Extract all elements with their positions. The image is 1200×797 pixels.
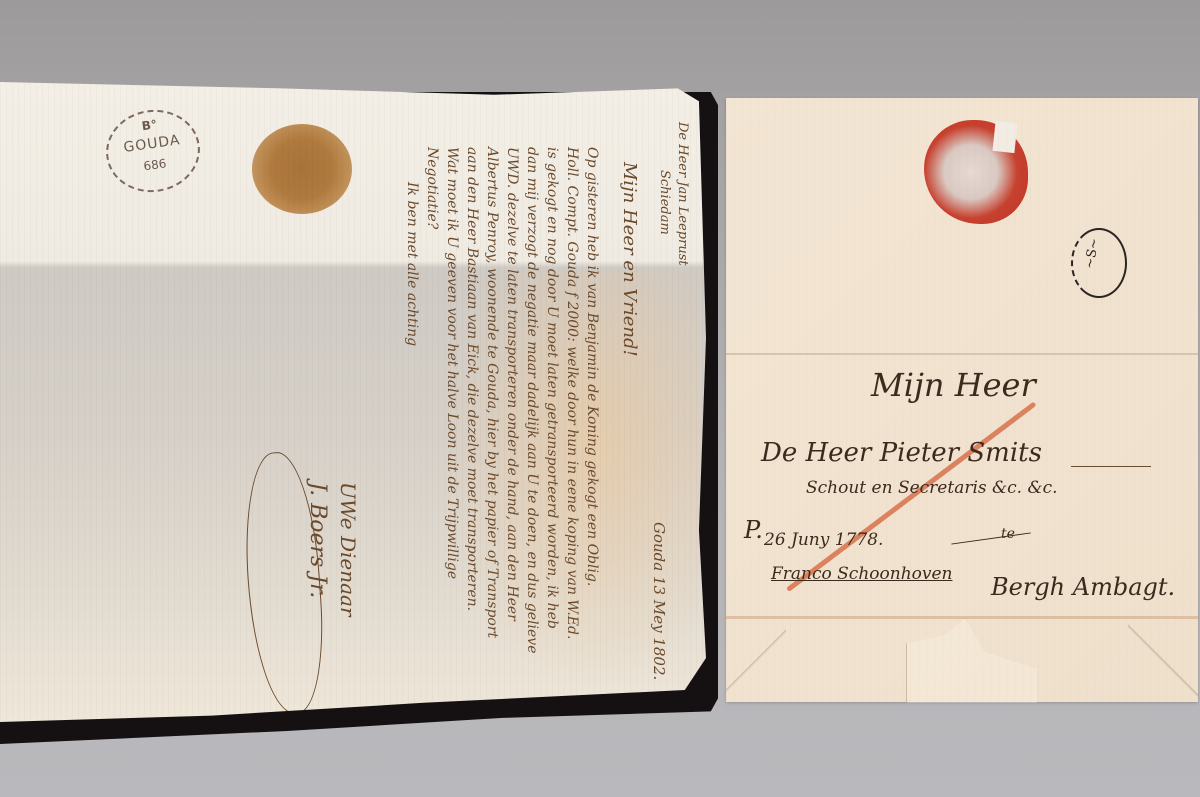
letter-date: Gouda 13 Mey 1802. — [650, 522, 668, 680]
body-line: UWD. dezelve te laten transporteren onde… — [504, 147, 520, 621]
body-line: Ik ben met alle achting — [404, 182, 420, 346]
postmark-line-3: 686 — [109, 152, 200, 178]
circular-postmark: ~S~ — [1071, 228, 1127, 298]
right-letter: ~S~ Mijn Heer De Heer Pieter Smits Schou… — [726, 98, 1198, 702]
body-line: Albertus Penroy, woonende te Gouda, hier… — [484, 147, 500, 638]
addressee: De Heer Pieter Smits — [761, 438, 1042, 468]
addressee-title: Schout en Secretaris &c. &c. — [806, 478, 1058, 498]
envelope-flap — [726, 618, 786, 702]
address-rule — [1071, 466, 1151, 467]
body-line: is gekogt en nog door U moet laten getra… — [544, 147, 560, 629]
signature-flourish — [239, 450, 329, 716]
left-letter: B° GOUDA 686 De Heer Jan Leeprust Schied… — [0, 82, 712, 737]
wax-seal-red — [924, 120, 1028, 224]
te-word: te — [1001, 526, 1015, 542]
postage-mark: P. — [744, 516, 763, 544]
paper-tear — [906, 618, 1037, 703]
body-line: Holl. Compt. Gouda f 2000: welke door hu… — [564, 147, 580, 639]
body-line: aan den Heer Bastiaan van Eick, die deze… — [464, 147, 480, 611]
body-line: Wat moet ik U geeven voor het halve Loon… — [444, 147, 460, 579]
destination: Bergh Ambagt. — [991, 573, 1175, 601]
seal-paper-fragment — [992, 121, 1017, 153]
postmark-line-1: B° — [104, 112, 195, 138]
letter-date: 26 Juny 1778. — [764, 530, 883, 550]
salutation: Mijn Heer — [871, 366, 1036, 404]
fold-line — [726, 353, 1198, 355]
signature: J. Boers Jr. — [305, 482, 330, 598]
wax-seal-brown — [252, 124, 352, 214]
body-line: dan mij verzogt de negatie maar dadelijk… — [524, 147, 540, 654]
gouda-postmark: B° GOUDA 686 — [101, 104, 205, 198]
franking-note: Franco Schoonhoven — [771, 564, 953, 584]
fold-line — [726, 616, 1198, 619]
postmark-line-2: GOUDA — [106, 130, 197, 158]
address-line-1: De Heer Jan Leeprust — [675, 122, 690, 266]
address-rule — [951, 532, 1030, 544]
postmark-glyph: ~S~ — [1082, 237, 1102, 270]
closing: UWe Dienaar — [336, 482, 360, 617]
body-line: Op gisteren heb ik van Benjamin de Konin… — [584, 147, 600, 586]
salutation: Mijn Heer en Vriend! — [619, 162, 640, 357]
address-line-2: Schiedam — [657, 170, 672, 235]
body-line: Negotiatie? — [424, 147, 440, 229]
light-reflection — [440, 272, 700, 692]
red-crayon-stroke — [786, 401, 1037, 592]
left-letter-paper: B° GOUDA 686 De Heer Jan Leeprust Schied… — [0, 82, 706, 722]
envelope-flap — [1128, 618, 1198, 702]
